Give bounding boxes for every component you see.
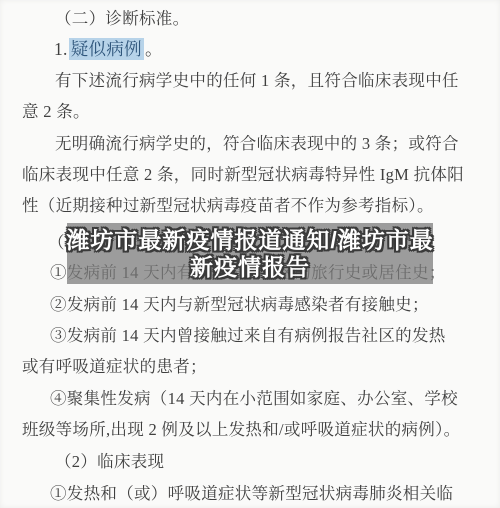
text-line: 班级等场所,出现 2 例及以上发热和/或呼吸道症状的病例）。: [22, 420, 460, 440]
text-line: 性（近期接种过新型冠状病毒疫苗者不作为参考指标）。: [22, 196, 434, 216]
section-heading: （二）诊断标准。: [55, 9, 189, 29]
text-line: 意 2 条。: [22, 102, 90, 122]
document-page: （二）诊断标准。 1.疑似病例。 有下述流行病学史中的任何 1 条，且符合临床表…: [0, 0, 500, 508]
list-number: 1.: [54, 39, 68, 59]
text-line: 无明确流行病学史的，符合临床表现中的 3 条；或符合: [55, 134, 459, 154]
highlighted-term: 疑似病例: [69, 38, 144, 60]
watermark-title-banner: 潍坊市最新疫情报道通知/潍坊市最 新疫情报告: [67, 223, 433, 284]
text-line: 临床表现中任意 2 条，同时新型冠状病毒特异性 IgM 抗体阳: [22, 165, 464, 185]
watermark-title-line2: 新疫情报告: [190, 254, 310, 281]
text-line: 或有呼吸道症状的患者；: [22, 357, 207, 377]
period-mark: 。: [145, 39, 163, 59]
text-line: 有下述流行病学史中的任何 1 条，且符合临床表现中任: [55, 71, 459, 91]
numbered-item-clinical-1: ①发热和（或）呼吸道症状等新型冠状病毒肺炎相关临: [50, 484, 453, 504]
suspected-case-line: 1.疑似病例。: [54, 39, 163, 59]
numbered-item-2: ②发病前 14 天内与新型冠状病毒感染者有接触史；: [50, 295, 429, 315]
numbered-item-3: ③发病前 14 天内曾接触过来自有病例报告社区的发热: [50, 326, 446, 346]
watermark-title-line1: 潍坊市最新疫情报道通知/潍坊市最: [66, 227, 433, 254]
subsection-heading-clinical: （2）临床表现: [55, 452, 164, 472]
numbered-item-4: ④聚集性发病（14 天内在小范围如家庭、办公室、学校: [50, 389, 458, 409]
